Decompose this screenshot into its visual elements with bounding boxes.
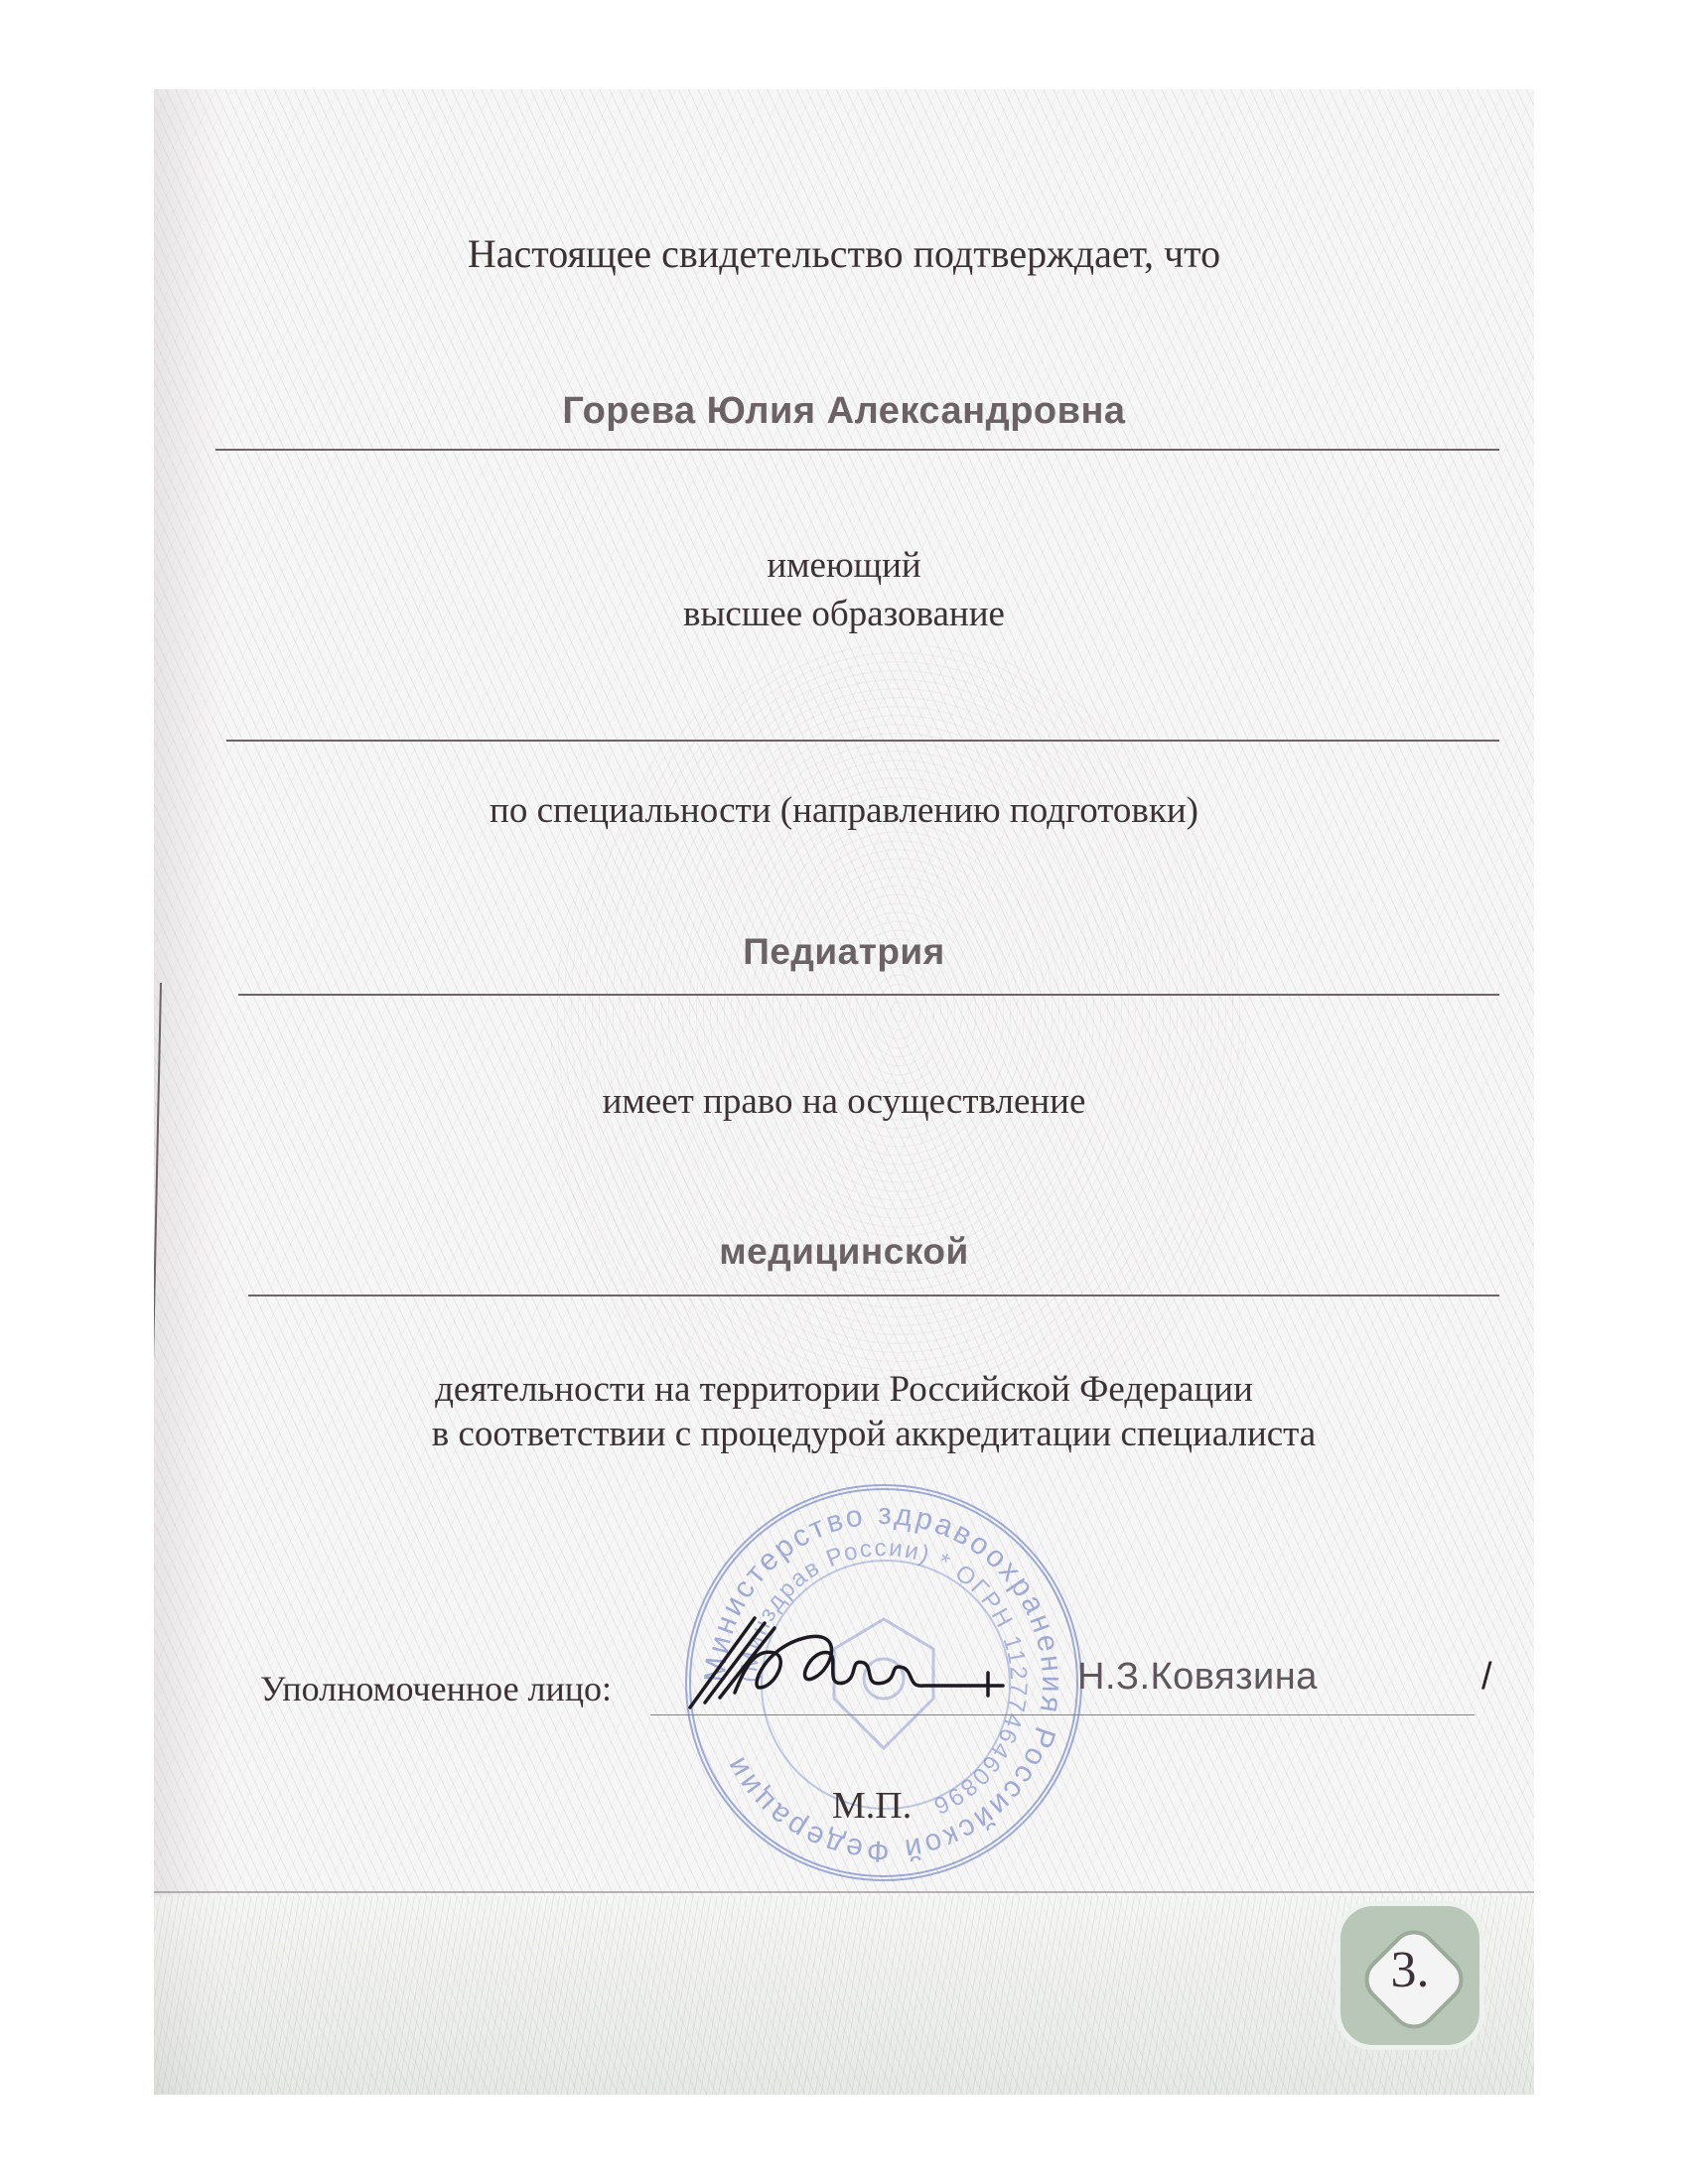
- education-line-1: имеющий: [0, 544, 1688, 588]
- signatory-label: Уполномоченное лицо:: [260, 1668, 612, 1710]
- bottom-ornament-band: [154, 1896, 1534, 2095]
- seal-label: М.П.: [832, 1784, 912, 1830]
- holder-name: Горева Юлия Александровна: [0, 390, 1688, 433]
- page-number: 3.: [1336, 1941, 1484, 1999]
- right-label: имеет право на осуществление: [0, 1080, 1688, 1124]
- education-line-2: высшее образование: [0, 593, 1688, 636]
- guilloche-watermark: [551, 645, 1246, 1459]
- education-underline: [226, 740, 1499, 742]
- activity-underline: [248, 1295, 1499, 1297]
- signatory-name: Н.З.Ковязина: [1077, 1656, 1318, 1699]
- territory-line-2: в соответствии с процедурой аккредитации…: [0, 1413, 1688, 1456]
- specialty-underline: [238, 994, 1499, 996]
- activity-value: медицинской: [0, 1231, 1688, 1273]
- territory-line-1: деятельности на территории Российской Фе…: [0, 1368, 1688, 1412]
- signature-separator: /: [1481, 1656, 1492, 1699]
- specialty-label: по специальности (направлению подготовки…: [0, 789, 1688, 833]
- signature-icon: [685, 1608, 1013, 1717]
- bottom-band-rule: [154, 1891, 1534, 1893]
- intro-text: Настоящее свидетельство подтверждает, чт…: [0, 230, 1688, 278]
- specialty-value: Педиатрия: [0, 931, 1688, 973]
- holder-name-underline: [215, 449, 1499, 451]
